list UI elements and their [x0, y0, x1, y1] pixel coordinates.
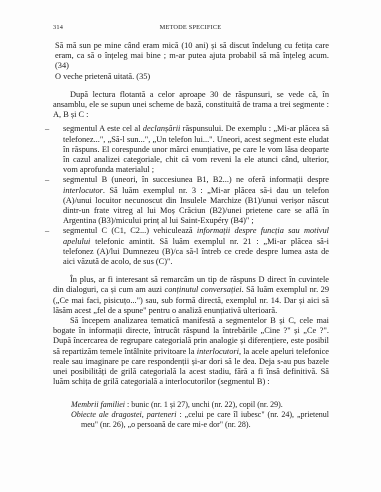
quote-line-2: O veche prietenă uitată. (35) — [55, 72, 329, 82]
paragraph-1: După lectura flotantă a celor aproape 30… — [53, 90, 329, 121]
segments-list: –segmentul A este cel al declanșării răs… — [53, 124, 329, 267]
category-item: Obiecte ale dragostei, parteneri : „celu… — [71, 410, 329, 430]
paragraph-3: Să începem analizarea tematică manifestă… — [53, 316, 329, 387]
segment-b-italic: interlocutor — [63, 186, 103, 195]
segment-b-text-after: . Să luăm exemplul nr. 3 : „Mi-ar plăcea… — [63, 186, 329, 226]
segment-b-text-before: segmentul B (uneori, în succesiunea B1, … — [63, 175, 329, 184]
paragraph-3-italic: interlocutori — [197, 347, 239, 356]
segment-a-item: –segmentul A este cel al declanșării răs… — [53, 124, 329, 175]
running-header: 314 METODE SPECIFICE — [53, 24, 328, 34]
category-text: bunic (nr. 1 și 27), unchi (nr. 22), cop… — [131, 400, 283, 409]
segment-c-text-after: telefonic amintit. Să luăm exemplul nr. … — [63, 237, 329, 266]
segment-c-text-before: segmentul C (C1, C2...) vehiculează — [63, 226, 197, 235]
segment-a-italic: declanșării — [143, 124, 181, 133]
paragraph-2: În plus, ar fi interesant să remarcăm un… — [53, 275, 329, 316]
dash-bullet: – — [45, 175, 49, 185]
category-label: Obiecte ale dragostei, parteneri — [71, 410, 177, 419]
paragraph-2-italic: conținutul conversației — [165, 285, 242, 294]
category-item: Membrii familiei : bunic (nr. 1 și 27), … — [71, 400, 329, 410]
quote-line-1: Să mă sun pe mine când eram mică (10 ani… — [55, 41, 329, 72]
dash-bullet: – — [45, 124, 49, 134]
category-label: Membrii familiei — [71, 400, 125, 409]
dash-bullet: – — [45, 226, 49, 236]
body-text: Să mă sun pe mine când eram mică (10 ani… — [53, 41, 329, 430]
segment-b-item: –segmentul B (uneori, în succesiunea B1,… — [53, 175, 329, 226]
segment-c-item: –segmentul C (C1, C2...) vehiculează inf… — [53, 226, 329, 267]
book-page: 314 METODE SPECIFICE Să mă sun pe mine c… — [0, 0, 381, 492]
category-grid-list: Membrii familiei : bunic (nr. 1 și 27), … — [71, 400, 329, 430]
opening-quote: Să mă sun pe mine când eram mică (10 ani… — [53, 41, 329, 82]
running-title: METODE SPECIFICE — [53, 24, 328, 31]
segment-a-text-before: segmentul A este cel al — [63, 124, 143, 133]
category-separator: : — [177, 410, 185, 419]
